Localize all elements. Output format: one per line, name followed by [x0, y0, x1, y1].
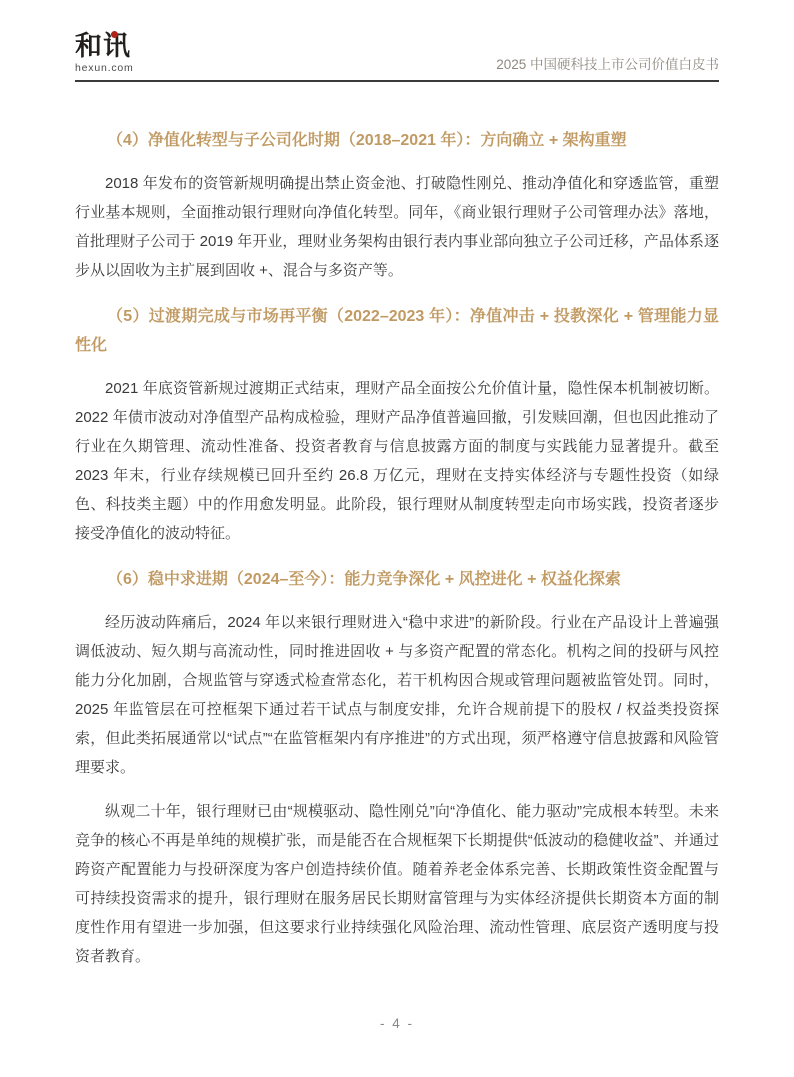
- page-number: - 4 -: [0, 1016, 794, 1031]
- page-header: 和讯 hexun.com 2025 中国硬科技上市公司价值白皮书: [75, 0, 719, 82]
- section-heading-4: （4）净值化转型与子公司化时期（2018–2021 年）：方向确立 + 架构重塑: [75, 126, 719, 155]
- hexun-logo-text: 和讯: [75, 31, 131, 61]
- hexun-logo: 和讯 hexun.com: [75, 33, 134, 74]
- document-title: 2025 中国硬科技上市公司价值白皮书: [496, 53, 719, 73]
- hexun-logo-red-dot-icon: [111, 31, 118, 38]
- section-heading-6: （6）稳中求进期（2024–至今）：能力竞争深化 + 风控进化 + 权益化探索: [75, 565, 719, 594]
- hexun-logo-wordmark: 和讯: [75, 33, 131, 60]
- hexun-logo-domain: hexun.com: [75, 63, 134, 74]
- page-content: （4）净值化转型与子公司化时期（2018–2021 年）：方向确立 + 架构重塑…: [75, 126, 719, 971]
- section-heading-5: （5）过渡期完成与市场再平衡（2022–2023 年）：净值冲击 + 投教深化 …: [75, 302, 719, 360]
- section-body-4: 2018 年发布的资管新规明确提出禁止资金池、打破隐性刚兑、推动净值化和穿透监管…: [75, 169, 719, 285]
- section-body-5: 2021 年底资管新规过渡期正式结束，理财产品全面按公允价值计量，隐性保本机制被…: [75, 374, 719, 548]
- closing-paragraph: 纵观二十年，银行理财已由“规模驱动、隐性刚兑”向“净值化、能力驱动”完成根本转型…: [75, 797, 719, 971]
- document-page: 和讯 hexun.com 2025 中国硬科技上市公司价值白皮书 （4）净值化转…: [0, 0, 794, 1077]
- section-body-6: 经历波动阵痛后，2024 年以来银行理财进入“稳中求进”的新阶段。行业在产品设计…: [75, 608, 719, 782]
